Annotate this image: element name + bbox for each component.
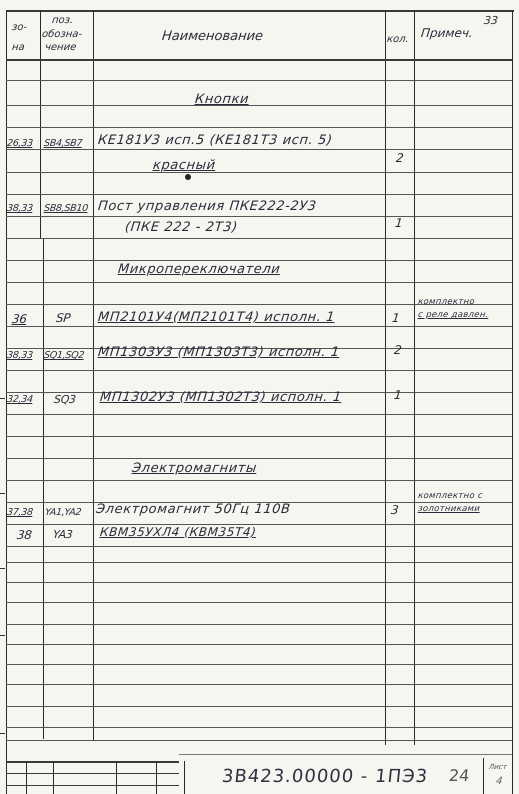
row-zone: 26,33 [6, 138, 33, 149]
row-note-cont: золотниками [417, 504, 480, 515]
row-name: МП2101У4(МП2101Т4) исполн. 1 [97, 310, 336, 325]
margin-tick [0, 635, 5, 636]
row-rule [6, 326, 512, 327]
row-name-cont: красный [152, 158, 216, 173]
row-zone: 38,33 [6, 350, 33, 361]
row-name: Электромагнит 50Гц 110В [95, 502, 291, 517]
row-zone: 32,34 [6, 394, 33, 405]
row-name: МП1303У3 (МП1303Т3) исполн. 1 [97, 345, 340, 360]
title-block-sep [156, 761, 157, 794]
header-zone-line2: на [11, 42, 25, 53]
page-corner-number: 33 [483, 14, 498, 27]
col-sep-qty [414, 10, 415, 745]
row-zone: 36 [11, 312, 27, 326]
row-rule [6, 370, 512, 371]
title-block-sheet-sep [483, 758, 484, 794]
col-sep-position [93, 10, 94, 740]
row-position: YA1,YA2 [44, 507, 81, 518]
row-position: SB4,SB7 [43, 138, 82, 149]
title-block-sep [26, 761, 27, 794]
row-position: SQ1,SQ2 [43, 350, 84, 361]
specification-sheet: зо- на поз. обозна- чение Наименование к… [0, 0, 519, 794]
col-sep-zone [40, 10, 41, 239]
section-title-microswitches: Микропереключатели [117, 262, 281, 277]
section-title-electromagnets: Электромагниты [131, 461, 257, 476]
margin-tick [0, 398, 5, 399]
row-rule [6, 458, 512, 459]
row-zone: 38 [16, 528, 32, 542]
row-quantity: 3 [390, 503, 399, 517]
row-quantity: 1 [391, 311, 400, 325]
row-rule [6, 706, 512, 707]
row-position: SB8,SB10 [43, 203, 88, 214]
title-block-sep [53, 761, 54, 794]
row-rule [6, 480, 512, 481]
row-rule [6, 260, 512, 261]
title-block-line [6, 785, 179, 786]
header-quantity: кол. [386, 34, 409, 45]
margin-tick [0, 733, 5, 734]
row-note: комплектно с [417, 491, 483, 502]
page-number: 24 [448, 766, 470, 785]
row-note: комплектно [417, 297, 475, 308]
row-rule [6, 105, 512, 106]
row-note-cont: с реле давлен. [417, 310, 489, 321]
frame-top [6, 10, 514, 12]
header-zone-line1: зо- [11, 22, 27, 33]
row-quantity: 1 [394, 216, 403, 230]
title-block-top [6, 761, 179, 763]
title-block-top-right [179, 754, 512, 755]
title-block-sep [184, 761, 185, 794]
section-title-buttons: Кнопки [194, 92, 250, 107]
sheet-number: 4 [495, 776, 503, 787]
row-rule [6, 524, 512, 525]
margin-tick [0, 568, 5, 569]
row-rule [6, 194, 512, 195]
header-position-line2: обозна- [41, 29, 82, 40]
header-position-line1: поз. [51, 15, 73, 26]
row-rule [6, 414, 512, 415]
row-rule [6, 582, 512, 583]
row-name: Пост управления ПКЕ222-2У3 [97, 199, 317, 214]
header-bottom-line [6, 59, 512, 61]
row-rule [6, 602, 512, 603]
row-name: МП1302У3 (МП1302Т3) исполн. 1 [99, 390, 342, 405]
row-quantity: 2 [395, 151, 404, 165]
row-name: КВМ35УХЛ4 (КВМ35Т4) [99, 525, 257, 539]
header-note: Примеч. [420, 26, 473, 40]
sheet-label: Лист [489, 763, 508, 771]
row-rule [6, 727, 512, 728]
row-position: SP [55, 311, 71, 325]
row-rule [6, 664, 512, 665]
row-zone: 37,38 [6, 507, 33, 518]
title-block-sep [116, 761, 117, 794]
row-rule [6, 238, 512, 239]
row-position: YA3 [52, 528, 73, 541]
row-zone: 38,33 [6, 203, 33, 214]
row-position: SQ3 [53, 393, 76, 406]
frame-right [512, 10, 513, 794]
row-rule [6, 80, 512, 81]
row-rule [6, 740, 512, 741]
row-name-cont: (ПКЕ 222 - 2Т3) [124, 220, 238, 235]
row-quantity: 1 [393, 388, 402, 402]
header-name: Наименование [161, 29, 264, 44]
row-rule [6, 546, 512, 547]
row-quantity: 2 [393, 343, 402, 357]
row-rule [6, 624, 512, 625]
row-rule [6, 149, 512, 150]
row-name: КЕ181У3 исп.5 (КЕ181Т3 исп. 5) [97, 133, 333, 148]
row-rule [6, 282, 512, 283]
row-rule [6, 684, 512, 685]
header-position-line3: чение [44, 42, 76, 53]
row-rule [6, 216, 512, 217]
title-block-line [6, 773, 179, 774]
row-rule [6, 436, 512, 437]
ink-dot [185, 174, 191, 180]
row-rule [6, 172, 512, 173]
margin-tick [0, 493, 5, 494]
row-rule [6, 562, 512, 563]
document-designation: 3В423.00000 - 1ПЭ3 [221, 766, 429, 787]
col-sep-name [385, 10, 386, 745]
row-rule [6, 127, 512, 128]
row-rule [6, 644, 512, 645]
